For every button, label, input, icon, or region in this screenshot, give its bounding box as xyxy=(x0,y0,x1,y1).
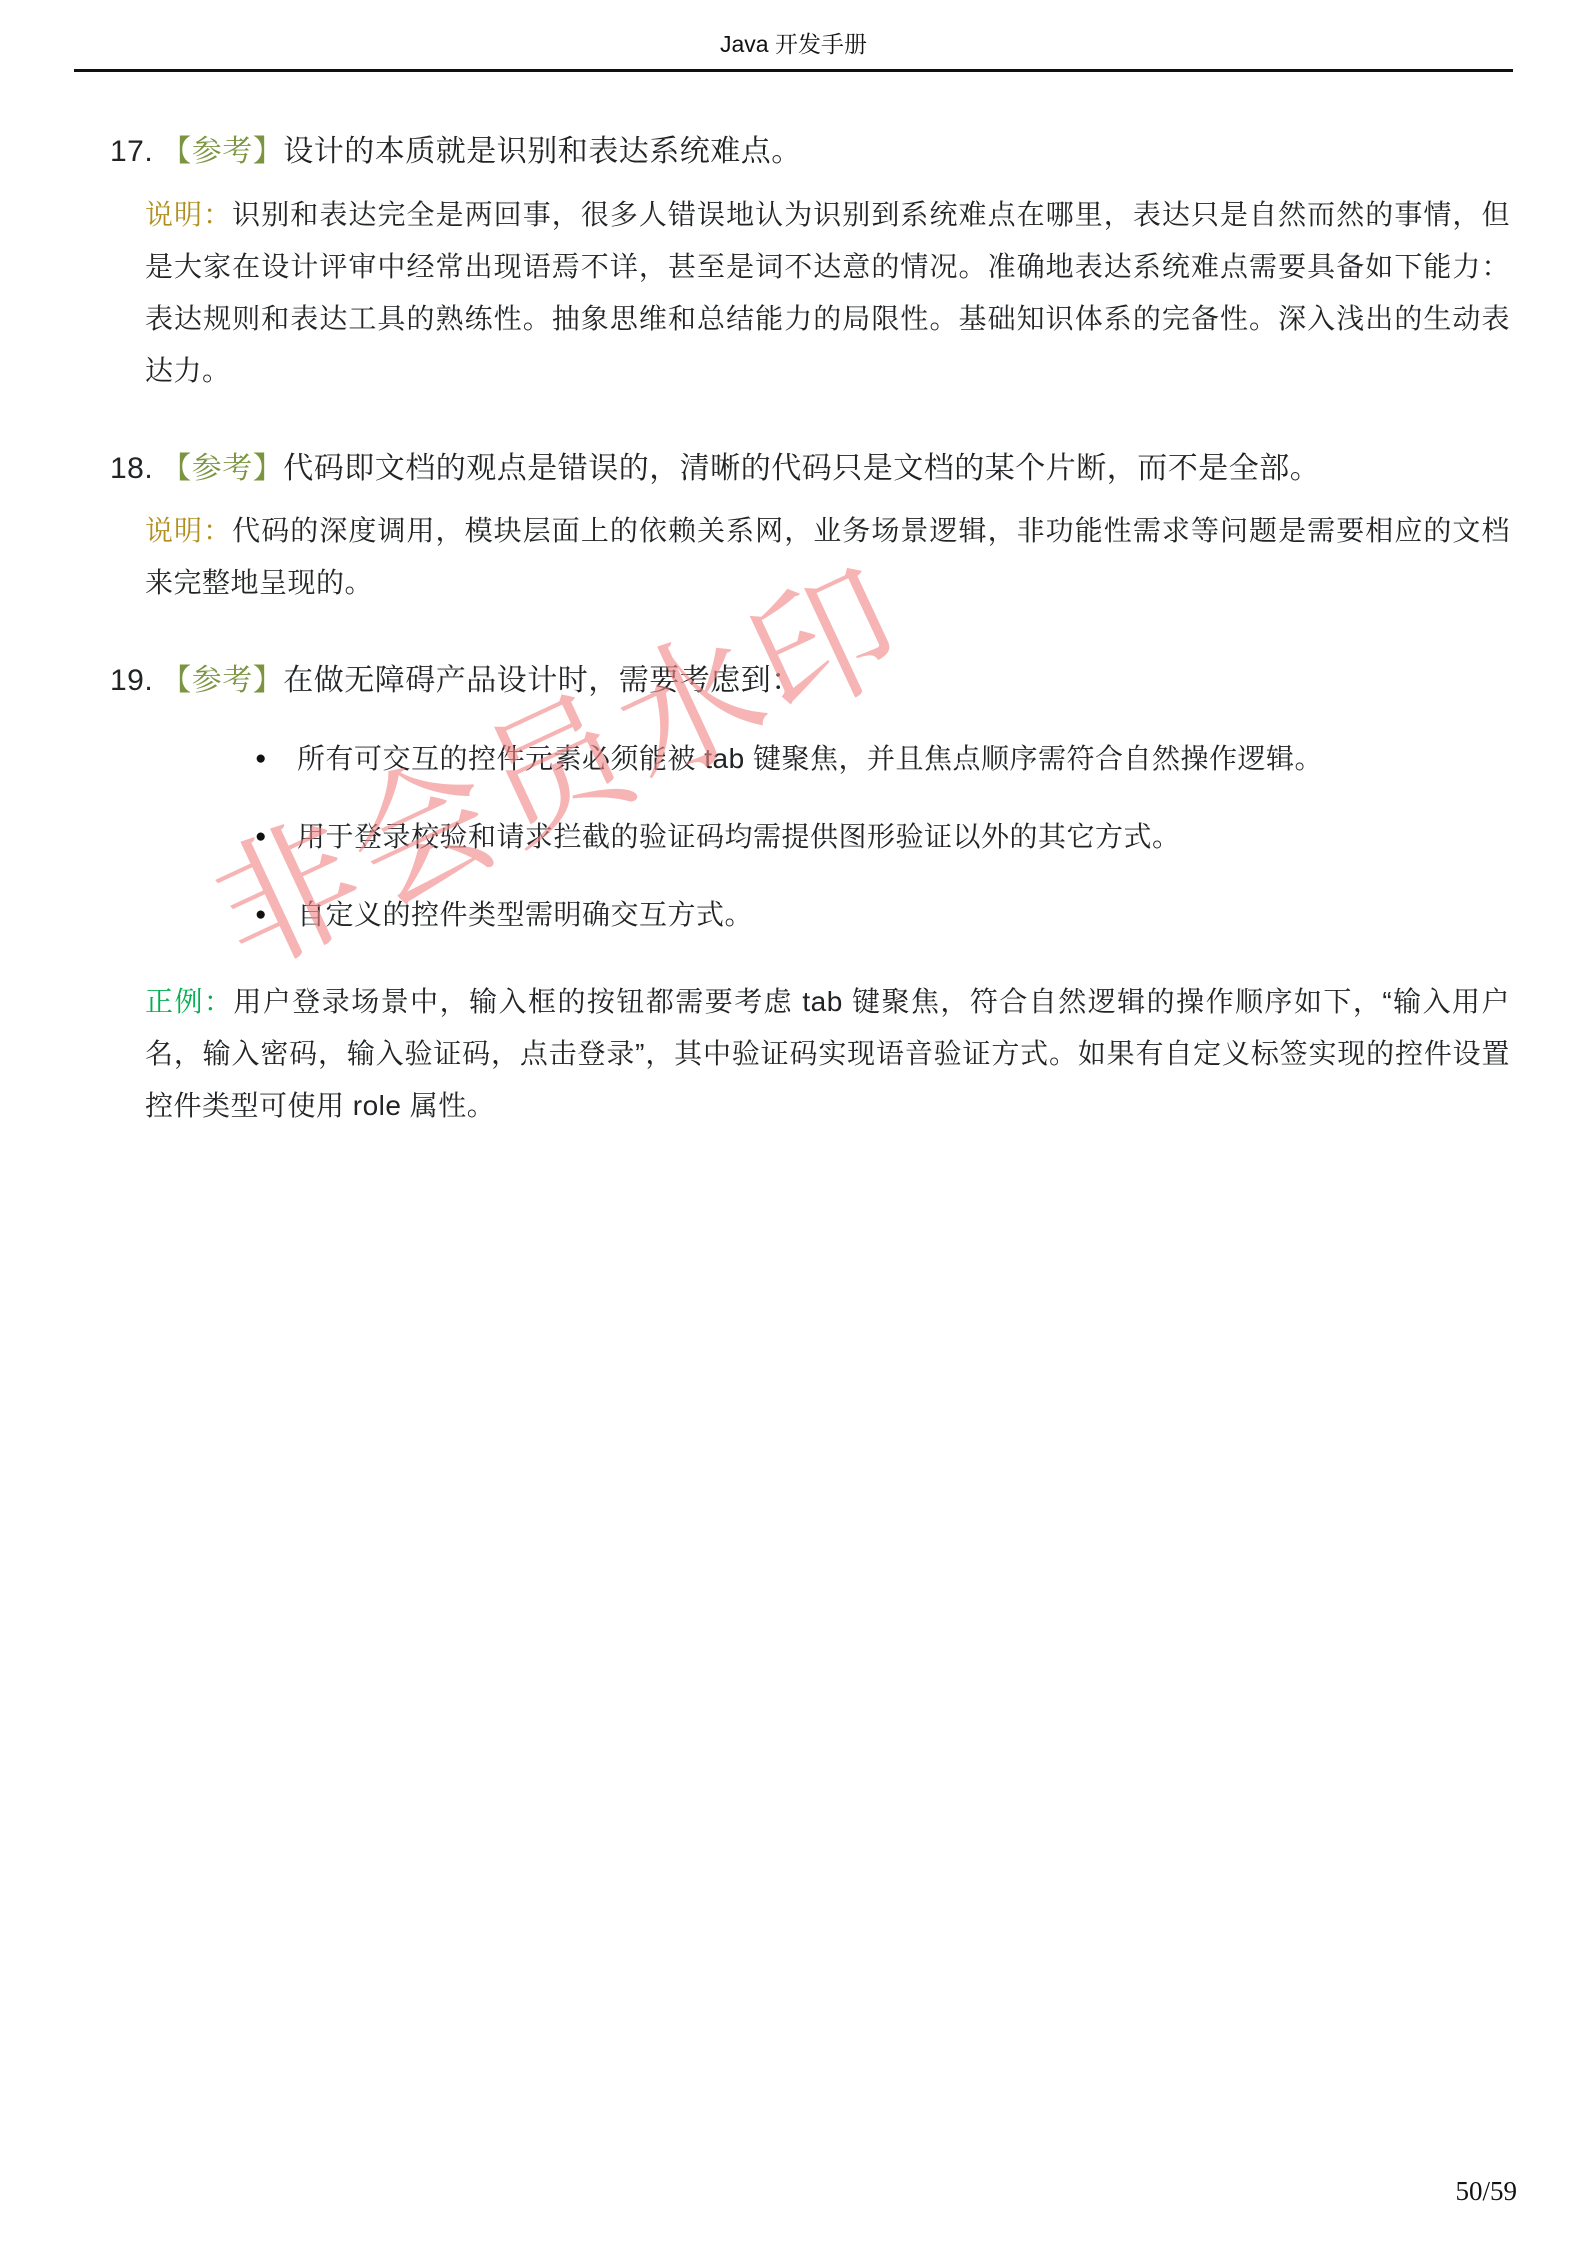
item-title: 代码即文档的观点是错误的，清晰的代码只是文档的某个片断，而不是全部。 xyxy=(283,452,1320,485)
note-label: 说明： xyxy=(145,515,232,546)
rule-item-19: 19.【参考】在做无障碍产品设计时，需要考虑到： ● 所有可交互的控件元素必须能… xyxy=(110,661,1510,1132)
bullet-text: 用于登录校验和请求拦截的验证码均需提供图形验证以外的其它方式。 xyxy=(297,820,1181,854)
bullet-text: 所有可交互的控件元素必须能被 tab 键聚焦，并且焦点顺序需符合自然操作逻辑。 xyxy=(297,742,1323,776)
rule-item-heading: 17.【参考】设计的本质就是识别和表达系统难点。 xyxy=(110,132,1510,173)
list-item: ● 所有可交互的控件元素必须能被 tab 键聚焦，并且焦点顺序需符合自然操作逻辑… xyxy=(255,742,1510,776)
item-number: 18. xyxy=(110,452,153,485)
rule-item-heading: 18.【参考】代码即文档的观点是错误的，清晰的代码只是文档的某个片断，而不是全部… xyxy=(110,449,1510,490)
item-number: 17. xyxy=(110,135,153,168)
note-paragraph: 说明：代码的深度调用，模块层面上的依赖关系网，业务场景逻辑，非功能性需求等问题是… xyxy=(145,505,1510,609)
list-item: ● 用于登录校验和请求拦截的验证码均需提供图形验证以外的其它方式。 xyxy=(255,820,1510,854)
example-text: 用户登录场景中，输入框的按钮都需要考虑 tab 键聚焦，符合自然逻辑的操作顺序如… xyxy=(145,986,1510,1121)
bullet-icon: ● xyxy=(255,742,267,776)
page-number: 50/59 xyxy=(1455,2176,1517,2207)
bullet-list: ● 所有可交互的控件元素必须能被 tab 键聚焦，并且焦点顺序需符合自然操作逻辑… xyxy=(255,742,1510,932)
list-item: ● 自定义的控件类型需明确交互方式。 xyxy=(255,898,1510,932)
bullet-icon: ● xyxy=(255,898,267,932)
item-title: 设计的本质就是识别和表达系统难点。 xyxy=(283,135,802,168)
document-title: Java 开发手册 xyxy=(0,0,1587,59)
bullet-icon: ● xyxy=(255,820,267,854)
item-title: 在做无障碍产品设计时，需要考虑到： xyxy=(283,664,802,697)
note-paragraph: 说明：识别和表达完全是两回事，很多人错误地认为识别到系统难点在哪里，表达只是自然… xyxy=(145,189,1510,397)
note-text: 识别和表达完全是两回事，很多人错误地认为识别到系统难点在哪里，表达只是自然而然的… xyxy=(145,199,1510,386)
rule-item-17: 17.【参考】设计的本质就是识别和表达系统难点。 说明：识别和表达完全是两回事，… xyxy=(110,132,1510,397)
reference-tag: 【参考】 xyxy=(161,135,283,168)
example-paragraph: 正例：用户登录场景中，输入框的按钮都需要考虑 tab 键聚焦，符合自然逻辑的操作… xyxy=(145,976,1510,1132)
note-text: 代码的深度调用，模块层面上的依赖关系网，业务场景逻辑，非功能性需求等问题是需要相… xyxy=(145,515,1510,598)
bullet-text: 自定义的控件类型需明确交互方式。 xyxy=(297,898,753,932)
reference-tag: 【参考】 xyxy=(161,664,283,697)
note-label: 说明： xyxy=(145,199,232,230)
rule-item-heading: 19.【参考】在做无障碍产品设计时，需要考虑到： xyxy=(110,661,1510,702)
item-number: 19. xyxy=(110,664,153,697)
reference-tag: 【参考】 xyxy=(161,452,283,485)
rule-item-18: 18.【参考】代码即文档的观点是错误的，清晰的代码只是文档的某个片断，而不是全部… xyxy=(110,449,1510,610)
page-content: 17.【参考】设计的本质就是识别和表达系统难点。 说明：识别和表达完全是两回事，… xyxy=(0,72,1587,1132)
example-label: 正例： xyxy=(145,986,233,1017)
